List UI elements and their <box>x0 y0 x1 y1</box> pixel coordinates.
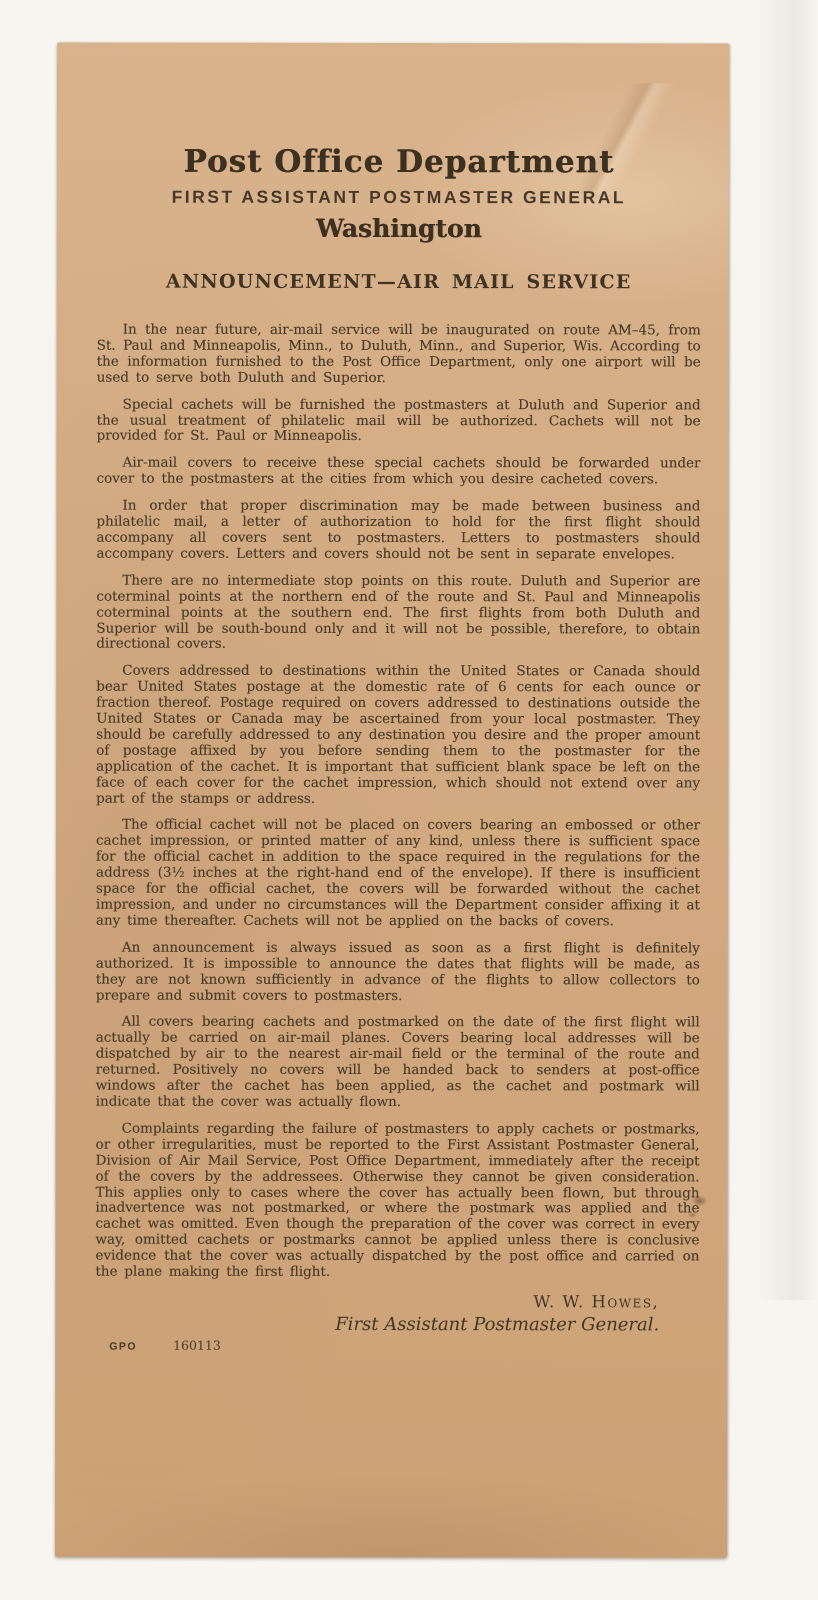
office-subtitle: FIRST ASSISTANT POSTMASTER GENERAL <box>97 187 701 209</box>
paragraph: Complaints regarding the failure of post… <box>95 1121 699 1281</box>
paragraph: The official cachet will not be placed o… <box>96 818 700 930</box>
body-paragraphs: In the near future, air-mail service wil… <box>95 323 700 1282</box>
gpo-number: 160113 <box>173 1338 221 1353</box>
paragraph: Special cachets will be furnished the po… <box>96 397 700 446</box>
paragraph: Covers addressed to destinations within … <box>96 664 700 808</box>
signature-title: First Assistant Postmaster General. <box>95 1314 659 1336</box>
paragraph: There are no intermediate stop points on… <box>96 573 700 653</box>
paragraph: An announcement is always issued as soon… <box>96 940 700 1004</box>
paragraph: All covers bearing cachets and postmarke… <box>96 1015 700 1111</box>
gpo-imprint: GPO <box>109 1341 137 1353</box>
city-line: Washington <box>97 214 701 244</box>
signature-block: W. W. Howes, First Assistant Postmaster … <box>95 1292 699 1336</box>
document-header: Post Office Department FIRST ASSISTANT P… <box>97 144 701 294</box>
document-content: Post Office Department FIRST ASSISTANT P… <box>95 43 701 1355</box>
paragraph: In the near future, air-mail service wil… <box>97 323 701 387</box>
signature-name: W. W. Howes, <box>95 1292 659 1312</box>
scan-background-shadow <box>758 0 818 1300</box>
paragraph: Air-mail covers to receive these special… <box>96 456 700 489</box>
department-title: Post Office Department <box>97 144 701 181</box>
announcement-title: ANNOUNCEMENT—AIR MAIL SERVICE <box>97 271 701 294</box>
gpo-imprint-line: GPO160113 <box>95 1335 699 1355</box>
paragraph: In order that proper discrimination may … <box>96 499 700 563</box>
document-paper: Post Office Department FIRST ASSISTANT P… <box>55 43 729 1558</box>
